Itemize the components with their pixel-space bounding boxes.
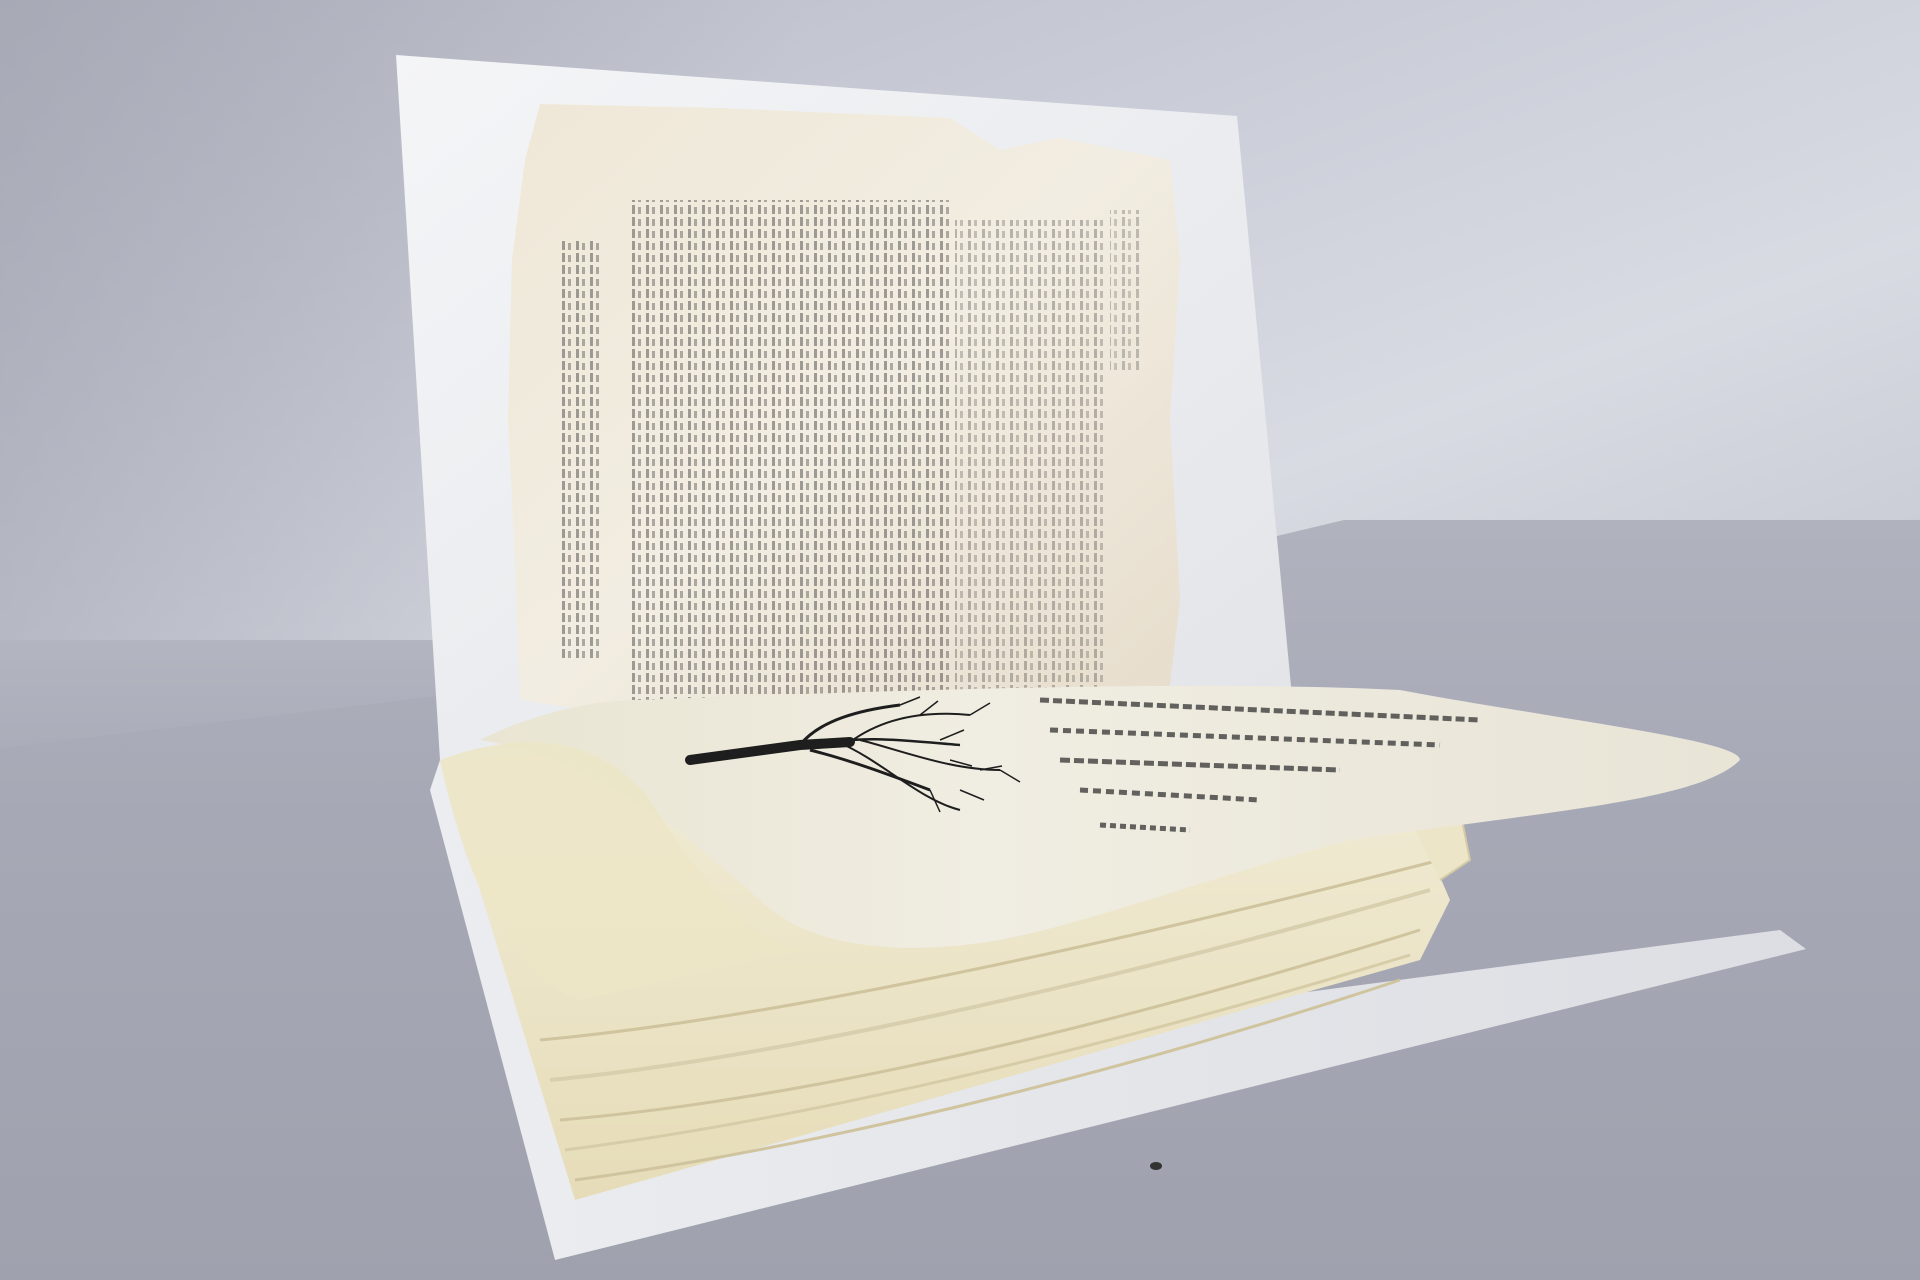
- typewritten-text-block: [560, 200, 1140, 700]
- inserted-torn-page: [508, 104, 1180, 722]
- binding-hole-bottom: [1150, 1162, 1162, 1170]
- book-photo: [0, 0, 1920, 1280]
